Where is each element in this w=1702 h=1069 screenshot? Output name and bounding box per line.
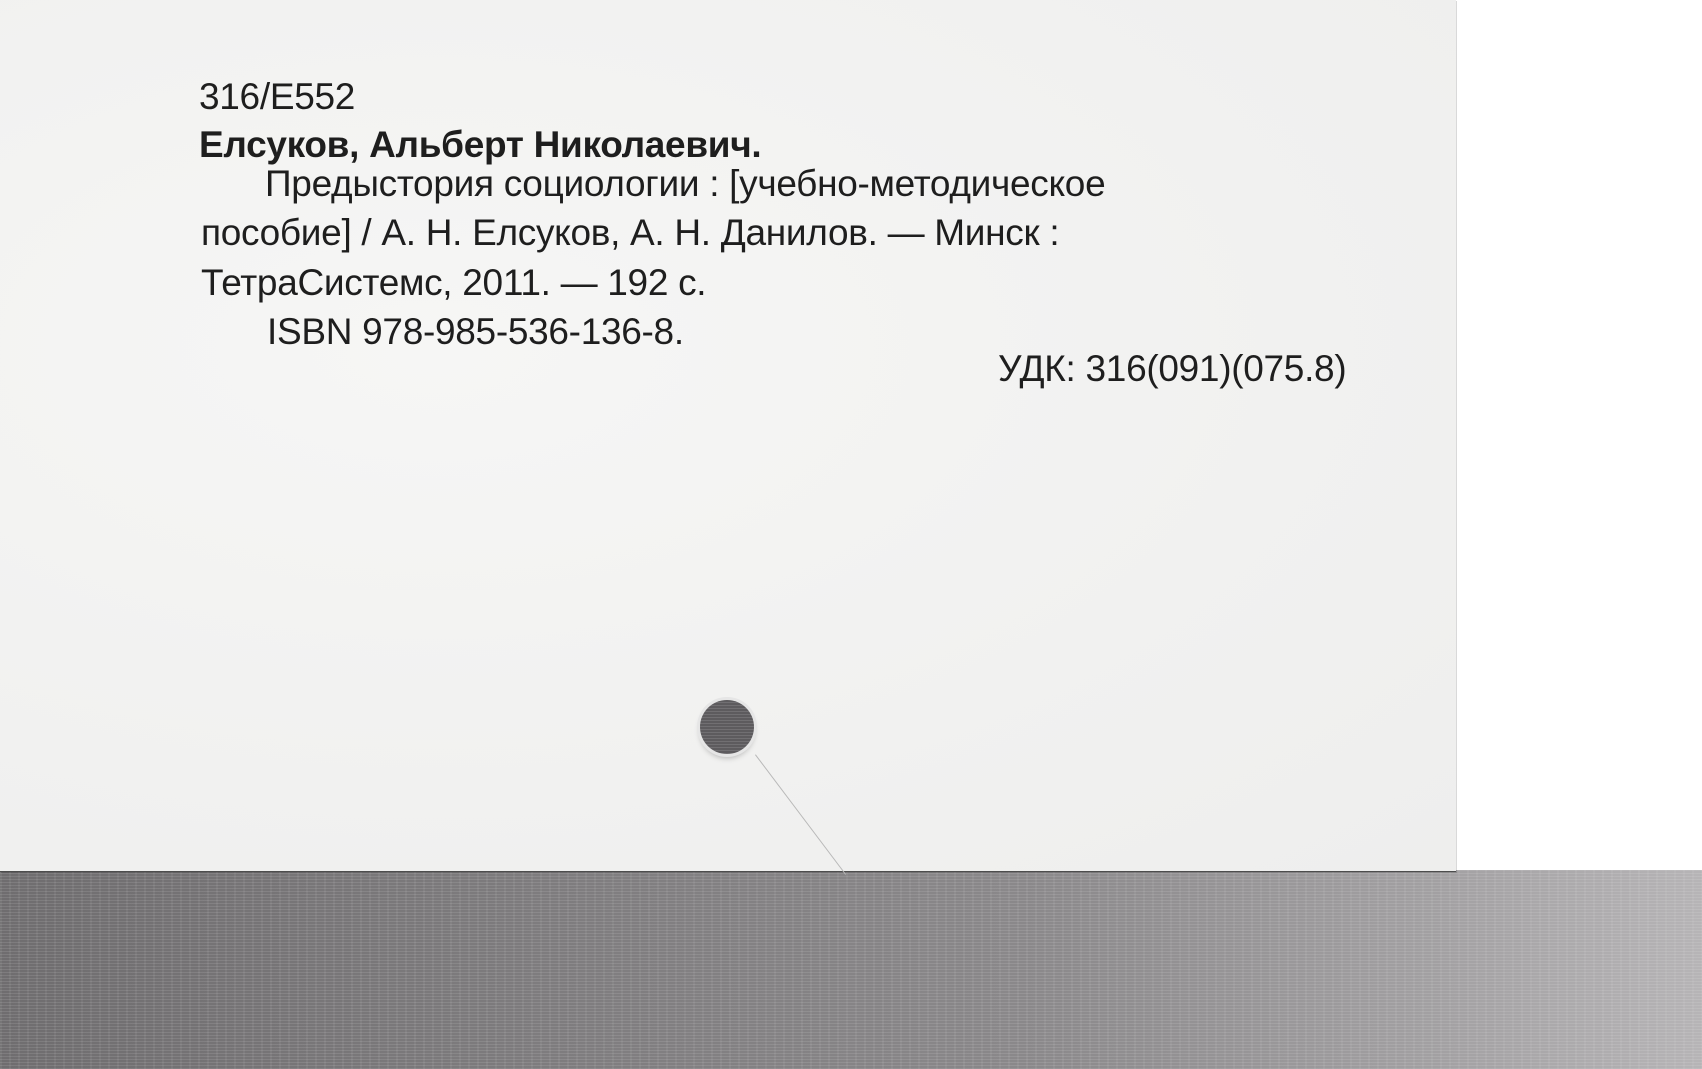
title-line-1: Предыстория социологии : [учебно-методич… [265, 163, 1105, 205]
author-heading: Елсуков, Альберт Николаевич. [199, 124, 761, 166]
isbn: ISBN 978-985-536-136-8. [267, 311, 684, 353]
punch-hole [700, 700, 754, 754]
title-line-3: ТетраСистемс, 2011. — 192 с. [201, 262, 706, 304]
scanner-background [0, 870, 1702, 1069]
catalog-card: 316/Е552 Елсуков, Альберт Николаевич. Пр… [0, 0, 1456, 872]
paper-crease [755, 754, 846, 874]
title-line-2: пособие] / А. Н. Елсуков, А. Н. Данилов.… [201, 212, 1059, 254]
udk-classification: УДК: 316(091)(075.8) [998, 348, 1346, 390]
call-number: 316/Е552 [199, 76, 355, 118]
